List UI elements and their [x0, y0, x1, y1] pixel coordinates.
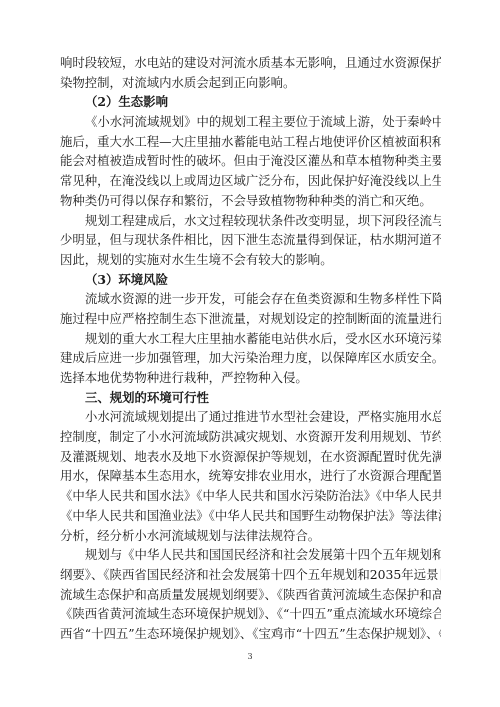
- text-line: 选择本地优势物种进行栽种，严控物种入侵。: [60, 368, 441, 388]
- text-line: 分析，经分析小水河流域规划与法律法规符合。: [60, 526, 441, 546]
- text-line: 施后，重大水工程—大庄里抽水蓄能电站工程占地使评价区植被面积和覆盖率减少，可: [60, 132, 441, 152]
- text-line: 纲要》、《陕西省国民经济和社会发展第十四个五年规划和2035年远景目标纲要》、《…: [60, 565, 441, 585]
- text-line: 染物控制，对流域内水质会起到正向影响。: [60, 73, 441, 93]
- section-heading-ecology: （2）生态影响: [60, 92, 441, 112]
- text-line: 建成后应进一步加强管理，加大污染治理力度，以保障库区水质安全。在植被恢复中应: [60, 348, 441, 368]
- text-line: 能会对植被造成暂时性的破坏。但由于淹没区灌丛和草本植物种类主要为区域广布种和: [60, 151, 441, 171]
- text-line: 少明显，但与现状条件相比，因下泄生态流量得到保证，枯水期河道不会出现断流情况，: [60, 230, 441, 250]
- section-heading-risk: （3）环境风险: [60, 270, 441, 290]
- text-line: 响时段较短，水电站的建设对河流水质基本无影响，且通过水资源保护规划加强如何污: [60, 53, 441, 73]
- text-line: 常见种，在淹没线以上或周边区域广泛分布，因此保护好淹没线以上生态环境，区域植: [60, 171, 441, 191]
- text-line: 施过程中应严格控制生态下泄流量，对规划设定的控制断面的流量进行管控。: [60, 309, 441, 329]
- text-line: 《小水河流域规划》中的规划工程主要位于流域上游，处于秦岭中低山区，规划实: [60, 112, 441, 132]
- text-line: 控制度，制定了小水河流域防洪减灾规划、水资源开发利用规划、节约用水规划、供水: [60, 427, 441, 447]
- text-line: 规划工程建成后，水文过程较现状条件改变明显，坝下河段径流与天然径流相比减: [60, 211, 441, 231]
- document-page: 响时段较短，水电站的建设对河流水质基本无影响，且通过水资源保护规划加强如何污 染…: [60, 53, 441, 644]
- text-line: 《中华人民共和国渔业法》《中华人民共和国野生动物保护法》等法律法规进行符合性: [60, 506, 441, 526]
- text-line: 规划的重大水工程大庄里抽水蓄能电站供水后，受水区水环境污染风险增加，水库: [60, 329, 441, 349]
- text-line: 《陕西省黄河流域生态环境保护规划》、《“十四五”重点流域水环境综合治理规划》《陕: [60, 604, 441, 624]
- text-line: 规划与《中华人民共和国国民经济和社会发展第十四个五年规划和2035年远景目标: [60, 545, 441, 565]
- text-line: 物种类仍可得以保存和繁衍，不会导致植物物种种类的消亡和灭绝。: [60, 191, 441, 211]
- text-line: 《中华人民共和国水法》《中华人民共和国水污染防治法》《中华人民共和国土地管理法》: [60, 486, 441, 506]
- text-line: 流域生态保护和高质量发展规划纲要》、《陕西省黄河流域生态保护和高质量发展规划》: [60, 585, 441, 605]
- text-line: 因此，规划的实施对水生生境不会有较大的影响。: [60, 250, 441, 270]
- text-line: 用水，保障基本生态用水，统筹安排农业用水，进行了水资源合理配置，评价将规划与: [60, 466, 441, 486]
- text-line: 流域水资源的进一步开发，可能会存在鱼类资源和生物多样性下降的风险，规划实: [60, 289, 441, 309]
- page-number: 3: [0, 652, 500, 661]
- text-line: 及灌溉规划、地表水及地下水资源保护等规划，在水资源配置时优先满足城乡居民生活: [60, 447, 441, 467]
- section-heading-feasibility: 三、规划的环境可行性: [60, 388, 441, 408]
- text-line: 西省“十四五”生态环境保护规划》、《宝鸡市“十四五”生态保护规划》、《陈仓区“十…: [60, 624, 441, 644]
- text-line: 小水河流域规划提出了通过推进节水型社会建设，严格实施用水总量消耗和强度双: [60, 407, 441, 427]
